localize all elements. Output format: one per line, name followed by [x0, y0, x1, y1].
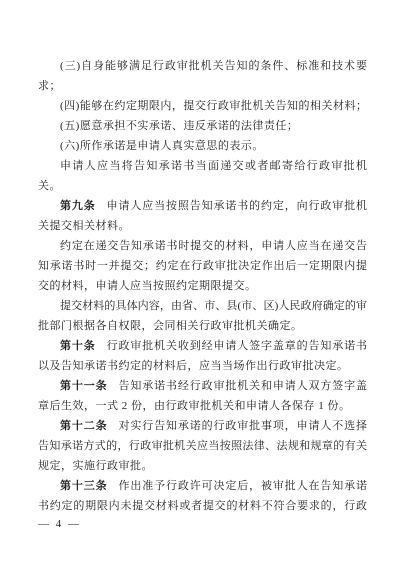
text-line: 求； [38, 76, 367, 96]
text-line: 知承诺书时一并提交；约定在行政审批决定作出后一定期限内提 [38, 256, 367, 276]
text-line: 交的材料，申请人应当按照约定期限提交。 [38, 276, 367, 296]
article-text: 申请人应当按照告知承诺书的约定，向行政审批机 [107, 200, 367, 212]
document-text-block: (三)自身能够满足行政审批机关告知的条件、标准和技术要 求； (四)能够在约定期… [38, 56, 367, 516]
page-number: — 4 — [38, 514, 81, 534]
article-number: 第九条 [60, 200, 96, 212]
text-line: 提交材料的具体内容，由省、市、县(市、区)人民政府确定的审 [38, 296, 367, 316]
text-line: 第十一条告知承诺书经行政审批机关和申请人双方签字盖 [38, 376, 367, 396]
text-line: 批部门根据各自权限，会同相关行政审批机关确定。 [38, 316, 367, 336]
text-line: (六)所作承诺是申请人真实意思的表示。 [38, 136, 367, 156]
article-number: 第十二条 [60, 420, 108, 432]
text-line: 关提交相关材料。 [38, 216, 367, 236]
text-line: 申请人应当将告知承诺书当面递交或者邮寄给行政审批机 [38, 156, 367, 176]
text-line: 第十三条作出准予行政许可决定后，被审批人在告知承诺 [38, 476, 367, 496]
article-number: 第十三条 [60, 480, 108, 492]
article-text: 行政审批机关收到经申请人签字盖章的告知承诺书 [107, 340, 367, 352]
text-line: (三)自身能够满足行政审批机关告知的条件、标准和技术要 [38, 56, 367, 76]
text-line: 第十二条对实行告知承诺的行政审批事项，申请人不选择 [38, 416, 367, 436]
article-text: 对实行告知承诺的行政审批事项，申请人不选择 [119, 420, 368, 432]
article-number: 第十条 [60, 340, 96, 352]
text-line: 告知承诺方式的，行政审批机关应当按照法律、法规和规章的有关 [38, 436, 367, 456]
text-line: 以及告知承诺书约定的材料后，应当当场作出行政审批决定。 [38, 356, 367, 376]
article-text: 告知承诺书经行政审批机关和申请人双方签字盖 [119, 380, 368, 392]
text-line: (四)能够在约定期限内，提交行政审批机关告知的相关材料； [38, 96, 367, 116]
text-line: 规定，实施行政审批。 [38, 456, 367, 476]
text-line: 第十条行政审批机关收到经申请人签字盖章的告知承诺书 [38, 336, 367, 356]
text-line: 第九条申请人应当按照告知承诺书的约定，向行政审批机 [38, 196, 367, 216]
text-line: 关。 [38, 176, 367, 196]
article-text: 作出准予行政许可决定后，被审批人在告知承诺 [119, 480, 368, 492]
text-line: (五)愿意承担不实承诺、违反承诺的法律责任； [38, 116, 367, 136]
text-line: 章后生效，一式 2 份，由行政审批机关和申请人各保存 1 份。 [38, 396, 367, 416]
text-line: 约定在递交告知承诺书时提交的材料，申请人应当在递交告 [38, 236, 367, 256]
document-page: (三)自身能够满足行政审批机关告知的条件、标准和技术要 求； (四)能够在约定期… [0, 0, 407, 581]
article-number: 第十一条 [60, 380, 108, 392]
text-line: 书约定的期限内未提交材料或者提交的材料不符合要求的，行政 [38, 496, 367, 516]
